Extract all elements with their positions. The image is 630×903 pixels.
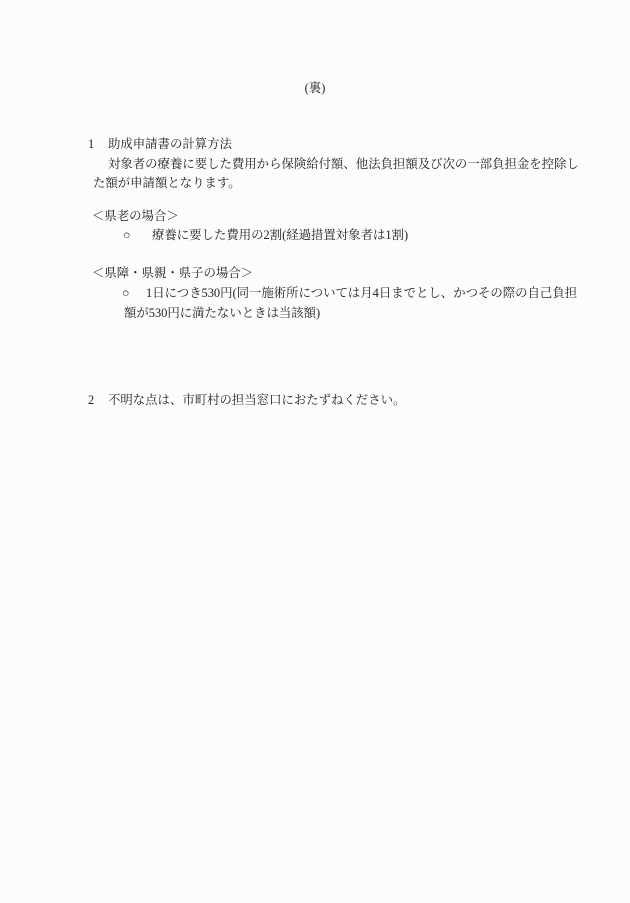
page-side-label: (裏) — [0, 81, 630, 97]
section-2-number: 2 — [88, 393, 94, 409]
case-kenshou-bullet-line-2: 額が530円に満たないときは当該額) — [124, 306, 320, 322]
section-1-paragraph-line-1: 対象者の療養に要した費用から保険給付額、他法負担額及び次の一部負担金を控除し — [108, 157, 579, 173]
case-kenshou-heading: ＜県障・県親・県子の場合＞ — [92, 266, 253, 282]
circle-bullet-icon: ○ — [123, 228, 130, 244]
section-1-number: 1 — [88, 137, 94, 153]
case-kenrou-bullet-text: 療養に要した費用の2割(経過措置対象者は1割) — [152, 228, 408, 244]
circle-bullet-icon: ○ — [122, 286, 129, 302]
section-1-paragraph-line-2: た額が申請額となります。 — [93, 176, 241, 192]
section-1-title: 助成申請書の計算方法 — [108, 137, 232, 153]
section-2-text: 不明な点は、市町村の担当窓口におたずねください。 — [108, 393, 405, 409]
case-kenrou-heading: ＜県老の場合＞ — [92, 209, 179, 225]
case-kenshou-bullet-line-1: 1日につき530円(同一施術所については月4日までとし、かつその際の自己負担 — [146, 286, 577, 302]
document-page: (裏) 1 助成申請書の計算方法 対象者の療養に要した費用から保険給付額、他法負… — [0, 0, 630, 903]
